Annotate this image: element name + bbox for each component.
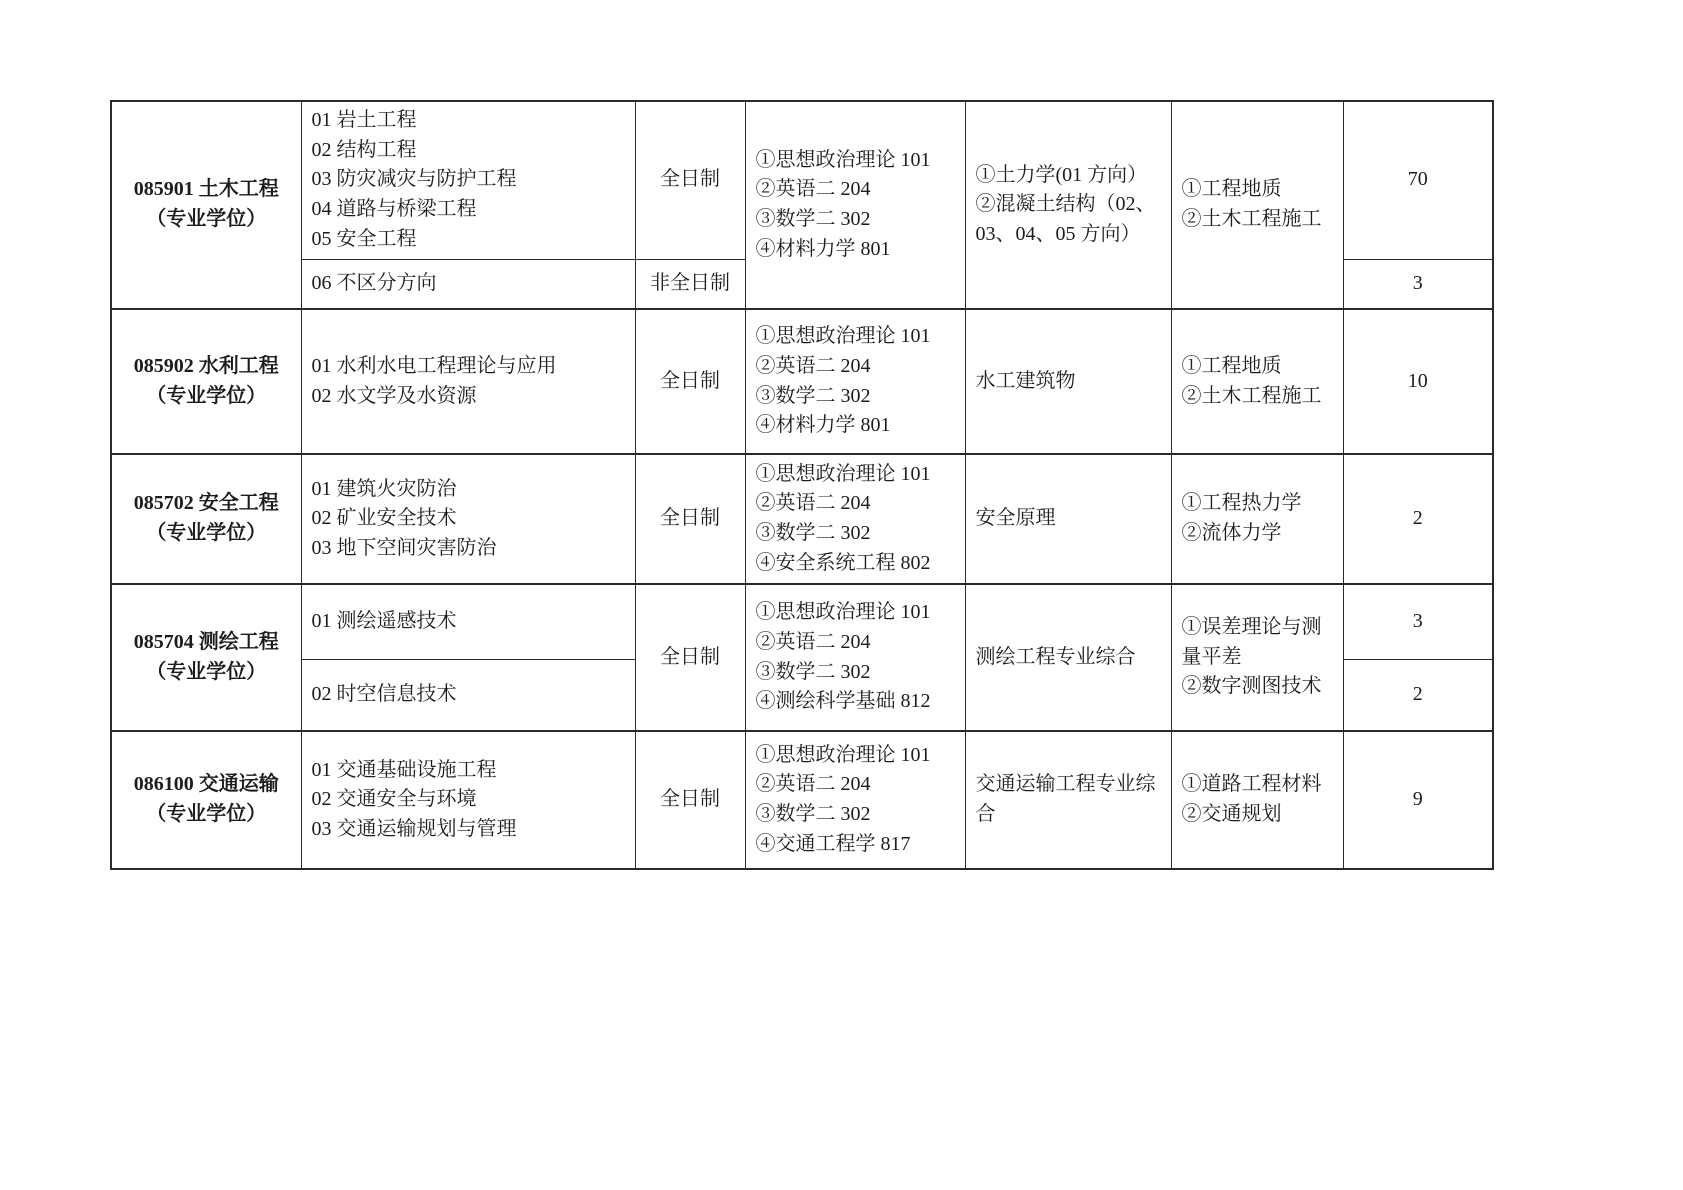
table-row: 085902 水利工程 （专业学位） 01 水利水电工程理论与应用 02 水文学…	[111, 309, 1493, 454]
retest-subjects-cell: ①工程地质 ②土木工程施工	[1171, 101, 1343, 309]
program-cell: 085704 测绘工程 （专业学位）	[111, 584, 301, 731]
retest-subject-line: ①道路工程材料	[1182, 770, 1333, 800]
directions-cell: 01 建筑火灾防治 02 矿业安全技术 03 地下空间灾害防治	[301, 454, 635, 584]
direction-line: 05 安全工程	[312, 225, 625, 255]
directions-cell: 06 不区分方向	[301, 259, 635, 309]
retest-subject-line: ②土木工程施工	[1182, 205, 1333, 235]
direction-line: 02 时空信息技术	[312, 680, 625, 710]
directions-cell: 01 水利水电工程理论与应用 02 水文学及水资源	[301, 309, 635, 454]
exam-subject-line: ④材料力学 801	[756, 411, 955, 441]
direction-line: 02 结构工程	[312, 136, 625, 166]
study-mode-cell: 非全日制	[635, 259, 745, 309]
program-cell: 085901 土木工程 （专业学位）	[111, 101, 301, 309]
exam-subject-line: ④安全系统工程 802	[756, 549, 955, 579]
retest-subject-line: ②流体力学	[1182, 519, 1333, 549]
study-mode-cell: 全日制	[635, 309, 745, 454]
direction-line: 03 交通运输规划与管理	[312, 815, 625, 845]
program-cell: 085702 安全工程 （专业学位）	[111, 454, 301, 584]
document-page: { "table": { "groups": [ { "program": {"…	[0, 0, 1683, 1190]
direction-line: 02 矿业安全技术	[312, 504, 625, 534]
retest-subject-line: ②土木工程施工	[1182, 382, 1333, 412]
retest-subject-line: ②数字测图技术	[1182, 672, 1333, 702]
exam-subject-line: ②英语二 204	[756, 489, 955, 519]
direction-line: 01 交通基础设施工程	[312, 756, 625, 786]
direction-line: 02 水文学及水资源	[312, 382, 625, 412]
initial-exam-cell: ①思想政治理论 101 ②英语二 204 ③数学二 302 ④测绘科学基础 81…	[745, 584, 965, 731]
direction-line: 03 防灾减灾与防护工程	[312, 165, 625, 195]
quota-cell: 10	[1343, 309, 1493, 454]
exam-subject-line: ④材料力学 801	[756, 235, 955, 265]
program-cell: 086100 交通运输 （专业学位）	[111, 731, 301, 869]
admissions-table-sheet: 085901 土木工程 （专业学位） 01 岩土工程 02 结构工程 03 防灾…	[110, 100, 1494, 870]
initial-exam-cell: ①思想政治理论 101 ②英语二 204 ③数学二 302 ④材料力学 801	[745, 101, 965, 309]
retest-subject-line: ①工程地质	[1182, 352, 1333, 382]
study-mode-cell: 全日制	[635, 101, 745, 259]
directions-cell: 01 测绘遥感技术	[301, 584, 635, 659]
direction-line: 01 测绘遥感技术	[312, 607, 625, 637]
exam-subject-line: ①思想政治理论 101	[756, 322, 955, 352]
retest-subject-line: ②交通规划	[1182, 800, 1333, 830]
business-course-line: 安全原理	[976, 504, 1161, 534]
retest-subjects-cell: ①工程热力学 ②流体力学	[1171, 454, 1343, 584]
exam-subject-line: ③数学二 302	[756, 382, 955, 412]
exam-subject-line: ②英语二 204	[756, 628, 955, 658]
exam-subject-line: ③数学二 302	[756, 800, 955, 830]
program-degree: （专业学位）	[122, 519, 291, 549]
business-course-line: ①土力学(01 方向）	[976, 161, 1161, 191]
program-degree: （专业学位）	[122, 658, 291, 688]
retest-subject-line: ①误差理论与测量平差	[1182, 613, 1333, 672]
quota-cell: 9	[1343, 731, 1493, 869]
business-course-cell: 测绘工程专业综合	[965, 584, 1171, 731]
study-mode-cell: 全日制	[635, 454, 745, 584]
exam-subject-line: ③数学二 302	[756, 205, 955, 235]
exam-subject-line: ④交通工程学 817	[756, 830, 955, 860]
initial-exam-cell: ①思想政治理论 101 ②英语二 204 ③数学二 302 ④材料力学 801	[745, 309, 965, 454]
direction-line: 02 交通安全与环境	[312, 785, 625, 815]
business-course-cell: ①土力学(01 方向） ②混凝土结构（02、03、04、05 方向）	[965, 101, 1171, 309]
retest-subjects-cell: ①道路工程材料 ②交通规划	[1171, 731, 1343, 869]
quota-cell: 3	[1343, 259, 1493, 309]
retest-subjects-cell: ①误差理论与测量平差 ②数字测图技术	[1171, 584, 1343, 731]
table-row: 085704 测绘工程 （专业学位） 01 测绘遥感技术 全日制 ①思想政治理论…	[111, 584, 1493, 659]
exam-subject-line: ①思想政治理论 101	[756, 460, 955, 490]
exam-subject-line: ④测绘科学基础 812	[756, 687, 955, 717]
table-row: 085702 安全工程 （专业学位） 01 建筑火灾防治 02 矿业安全技术 0…	[111, 454, 1493, 584]
business-course-cell: 安全原理	[965, 454, 1171, 584]
program-degree: （专业学位）	[122, 800, 291, 830]
program-title: 085704 测绘工程	[122, 628, 291, 658]
admissions-table: 085901 土木工程 （专业学位） 01 岩土工程 02 结构工程 03 防灾…	[110, 100, 1494, 870]
business-course-line: 交通运输工程专业综合	[976, 770, 1161, 829]
direction-line: 03 地下空间灾害防治	[312, 534, 625, 564]
directions-cell: 01 交通基础设施工程 02 交通安全与环境 03 交通运输规划与管理	[301, 731, 635, 869]
program-title: 085902 水利工程	[122, 352, 291, 382]
business-course-line: 水工建筑物	[976, 367, 1161, 397]
program-title: 085702 安全工程	[122, 489, 291, 519]
quota-cell: 70	[1343, 101, 1493, 259]
exam-subject-line: ①思想政治理论 101	[756, 598, 955, 628]
exam-subject-line: ②英语二 204	[756, 352, 955, 382]
program-title: 086100 交通运输	[122, 770, 291, 800]
directions-cell: 02 时空信息技术	[301, 659, 635, 731]
retest-subject-line: ①工程地质	[1182, 175, 1333, 205]
table-row: 085901 土木工程 （专业学位） 01 岩土工程 02 结构工程 03 防灾…	[111, 101, 1493, 259]
table-row: 086100 交通运输 （专业学位） 01 交通基础设施工程 02 交通安全与环…	[111, 731, 1493, 869]
retest-subject-line: ①工程热力学	[1182, 489, 1333, 519]
business-course-cell: 水工建筑物	[965, 309, 1171, 454]
exam-subject-line: ③数学二 302	[756, 519, 955, 549]
direction-line: 01 水利水电工程理论与应用	[312, 352, 625, 382]
direction-line: 01 建筑火灾防治	[312, 475, 625, 505]
retest-subjects-cell: ①工程地质 ②土木工程施工	[1171, 309, 1343, 454]
business-course-line: ②混凝土结构（02、03、04、05 方向）	[976, 190, 1161, 249]
exam-subject-line: ③数学二 302	[756, 658, 955, 688]
direction-line: 04 道路与桥梁工程	[312, 195, 625, 225]
business-course-cell: 交通运输工程专业综合	[965, 731, 1171, 869]
initial-exam-cell: ①思想政治理论 101 ②英语二 204 ③数学二 302 ④交通工程学 817	[745, 731, 965, 869]
program-title: 085901 土木工程	[122, 175, 291, 205]
exam-subject-line: ①思想政治理论 101	[756, 741, 955, 771]
direction-line: 01 岩土工程	[312, 106, 625, 136]
study-mode-cell: 全日制	[635, 731, 745, 869]
program-degree: （专业学位）	[122, 382, 291, 412]
program-degree: （专业学位）	[122, 205, 291, 235]
quota-cell: 2	[1343, 659, 1493, 731]
exam-subject-line: ①思想政治理论 101	[756, 146, 955, 176]
quota-cell: 2	[1343, 454, 1493, 584]
initial-exam-cell: ①思想政治理论 101 ②英语二 204 ③数学二 302 ④安全系统工程 80…	[745, 454, 965, 584]
quota-cell: 3	[1343, 584, 1493, 659]
study-mode-cell: 全日制	[635, 584, 745, 731]
directions-cell: 01 岩土工程 02 结构工程 03 防灾减灾与防护工程 04 道路与桥梁工程 …	[301, 101, 635, 259]
direction-line: 06 不区分方向	[312, 269, 625, 299]
exam-subject-line: ②英语二 204	[756, 175, 955, 205]
program-cell: 085902 水利工程 （专业学位）	[111, 309, 301, 454]
exam-subject-line: ②英语二 204	[756, 770, 955, 800]
business-course-line: 测绘工程专业综合	[976, 643, 1161, 673]
